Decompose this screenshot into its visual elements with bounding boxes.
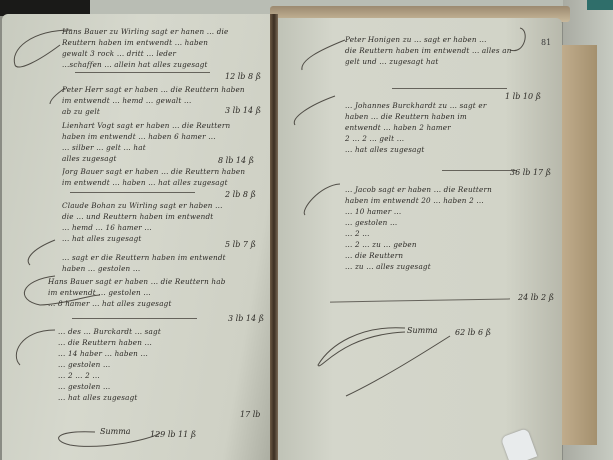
manuscript-photo: 81 Hans Bauer zu Wirling sagt er hanen .…: [0, 0, 613, 460]
calligraphic-flourishes: [0, 0, 613, 460]
